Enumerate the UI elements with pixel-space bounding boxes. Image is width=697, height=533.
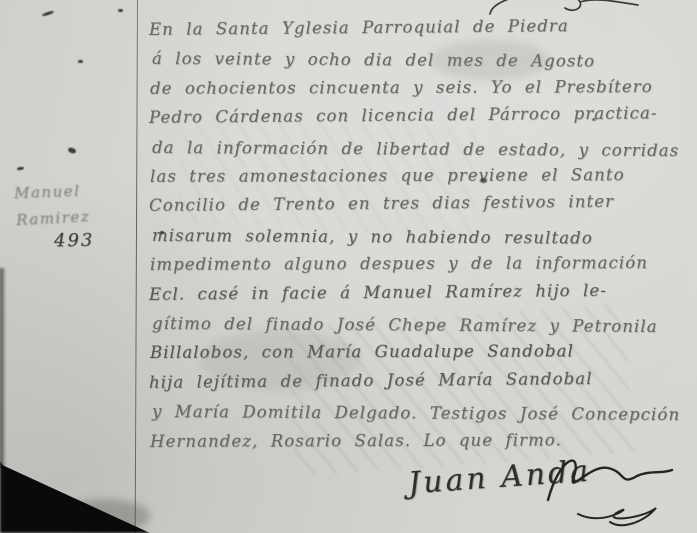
ink-speck: [160, 231, 164, 234]
body-line: Ecl. casé in facie á Manuel Ramírez hijo…: [149, 275, 679, 309]
record-number: 493: [14, 229, 134, 252]
scan-edge-shadow: [0, 268, 6, 468]
signature-rubric-flourish: [540, 448, 690, 533]
signature-block: Juan Anda: [390, 448, 690, 533]
ink-speck: [78, 60, 83, 63]
margin-rule-line: [135, 0, 139, 533]
ink-speck: [17, 166, 24, 170]
ink-speck: [42, 10, 54, 17]
scan-corner-shadow: [0, 461, 150, 533]
body-line: En la Santa Yglesia Parroquial de Piedra: [149, 10, 679, 44]
record-body: En la Santa Yglesia Parroquial de Piedra…: [149, 15, 679, 456]
margin-notes: Manuel Ramirez 493: [14, 178, 134, 251]
scanned-record-page: Manuel Ramirez 493 En la Santa Yglesia P…: [0, 0, 697, 533]
ink-speck: [592, 118, 596, 121]
body-line: Concilio de Trento en tres dias festivos…: [149, 187, 679, 221]
ink-speck: [67, 147, 76, 154]
body-line: impedimento alguno despues y de la infor…: [149, 248, 679, 279]
body-line: hija lejítima de finado José María Sando…: [149, 363, 679, 397]
ink-speck: [118, 9, 123, 12]
body-line: Pedro Cárdenas con licencia del Párroco …: [149, 99, 679, 133]
ink-speck: [480, 178, 487, 183]
